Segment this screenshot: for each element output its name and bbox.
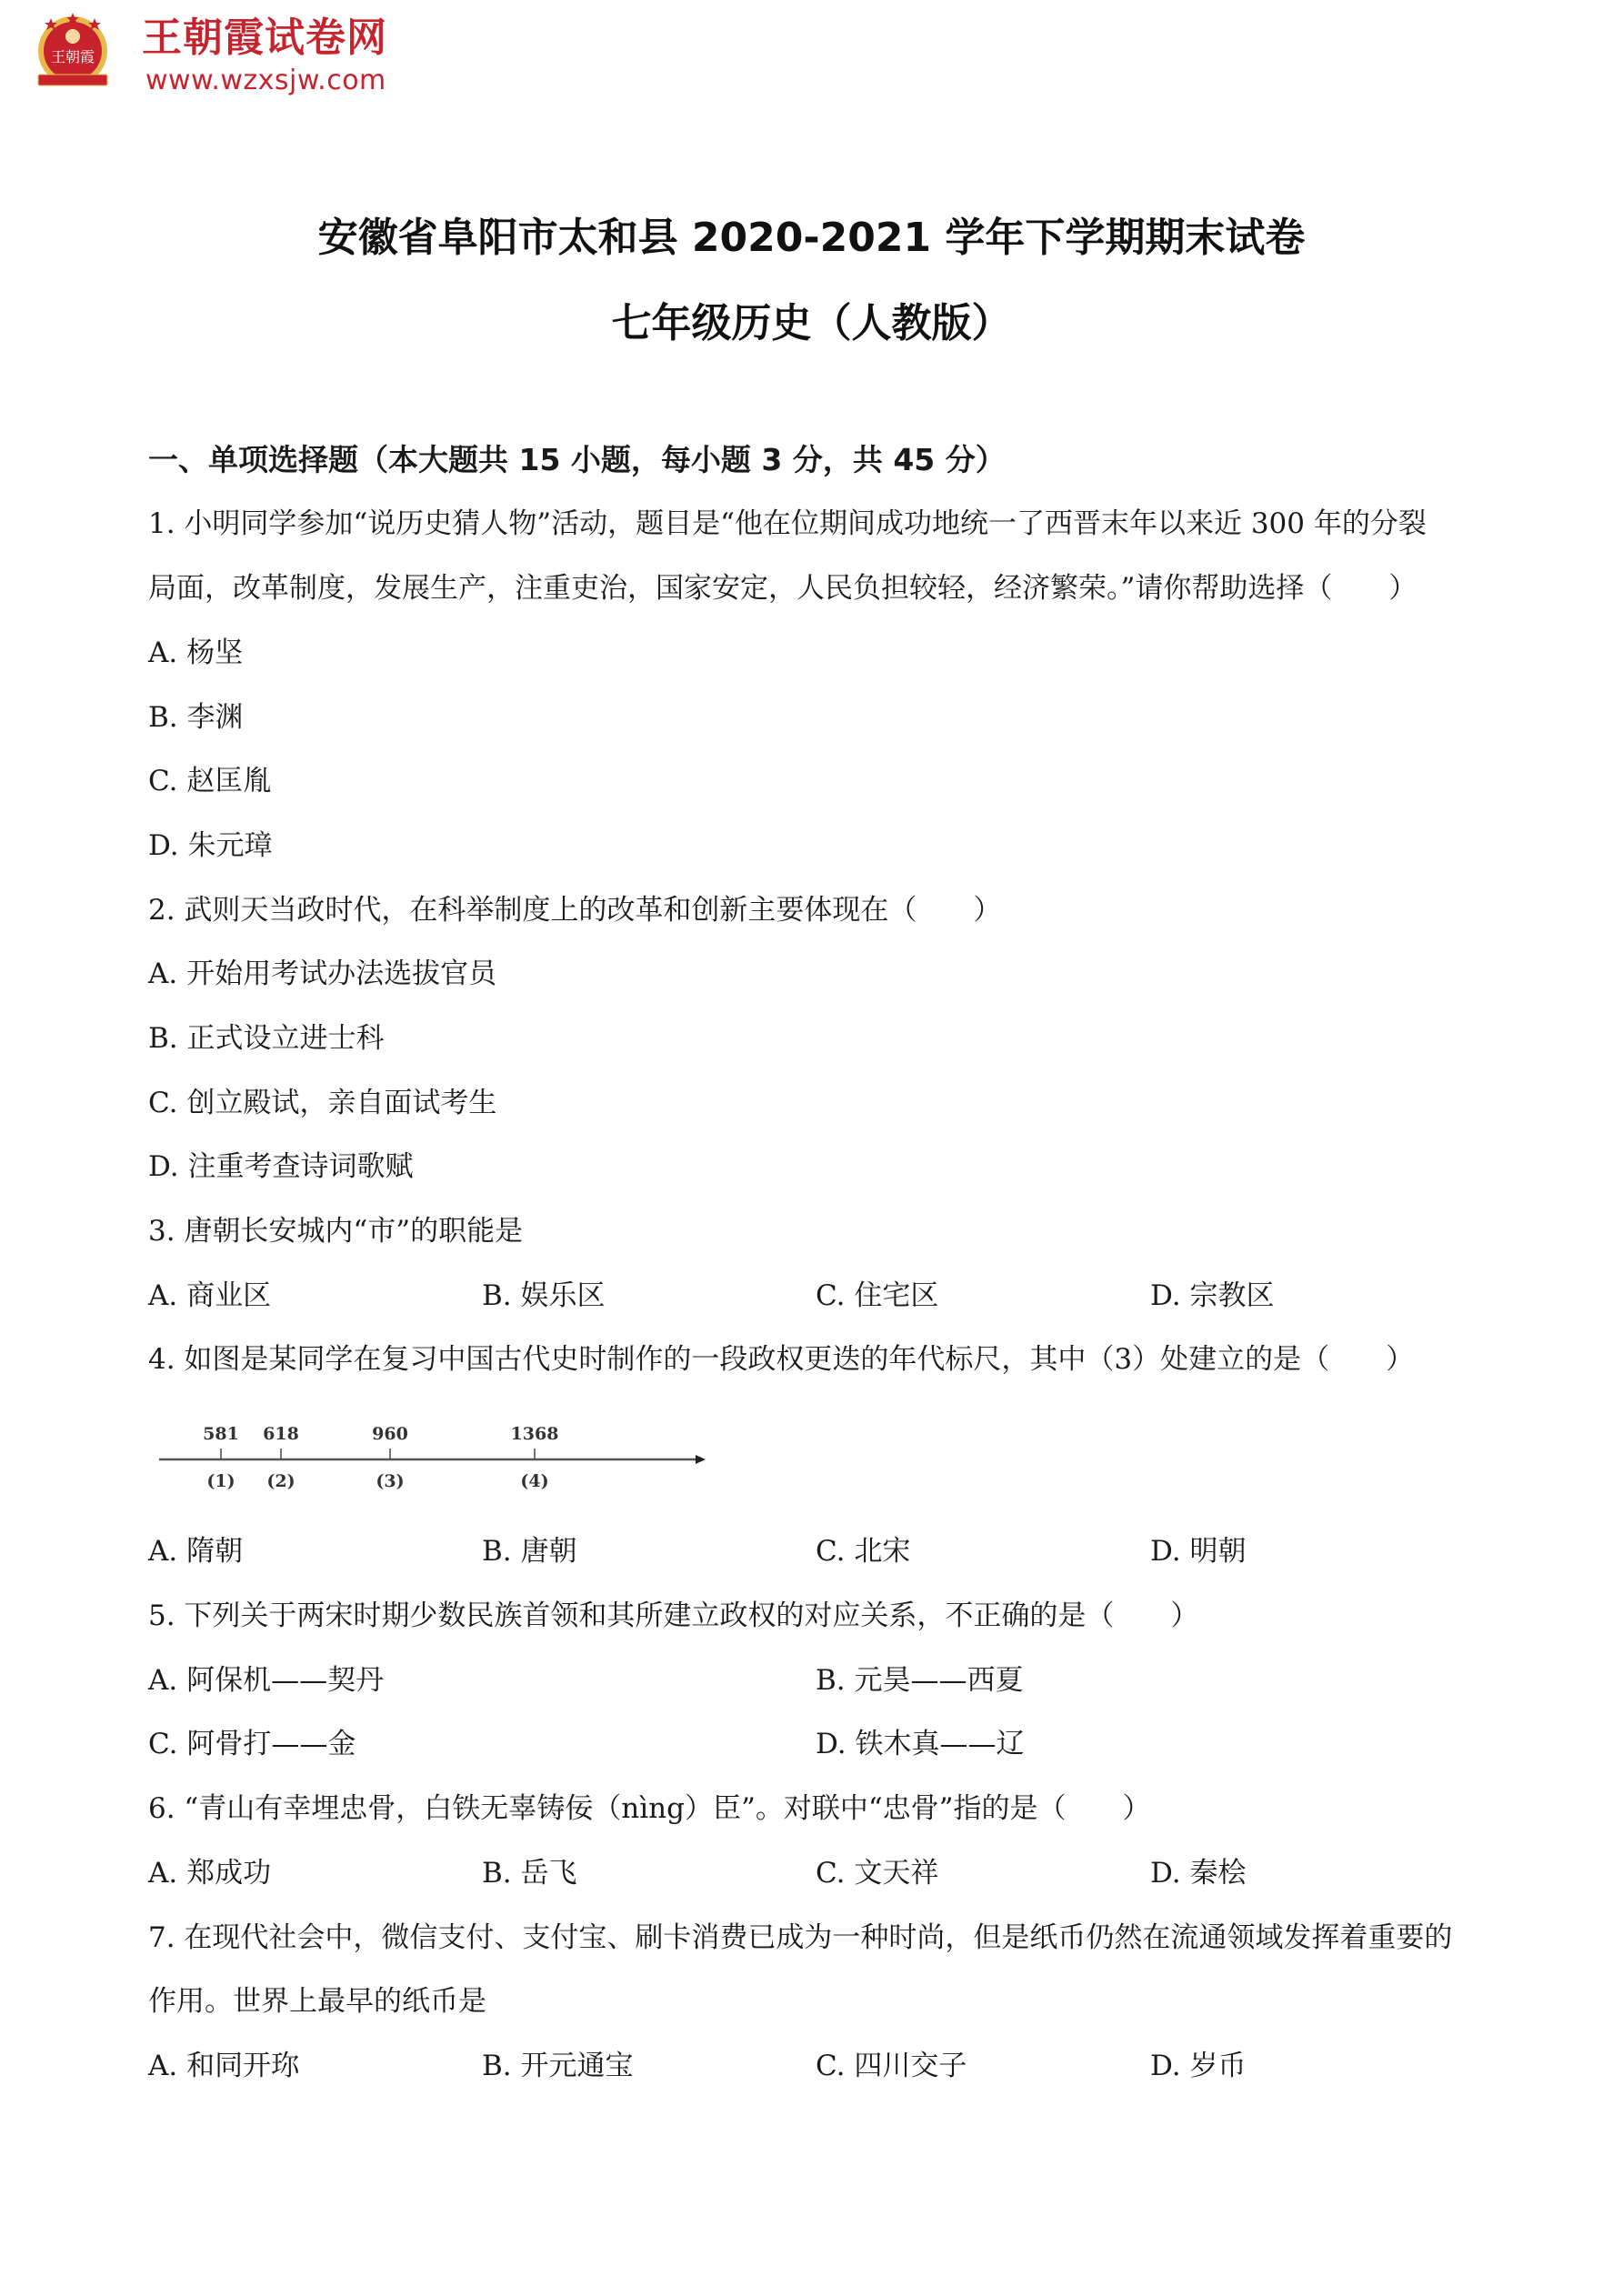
question-1-text-line-1: 1. 小明同学参加“说历史猜人物”活动，题目是“他在位期间成功地统一了西晋末年以… <box>148 506 1427 542</box>
question-4-option-c: C. 北宋 <box>816 1533 910 1569</box>
tick-year-4: 1368 <box>511 1424 559 1444</box>
question-6-text: 6. “青山有幸埋忠骨，白铁无辜铸佞（nìng）臣”。对联中“忠骨”指的是（ ） <box>148 1790 1151 1827</box>
tick-label-1: (1) <box>206 1471 235 1491</box>
question-7-option-b: B. 开元通宝 <box>482 2048 634 2084</box>
question-3-option-b: B. 娱乐区 <box>482 1278 606 1314</box>
question-5-text: 5. 下列关于两宋时期少数民族首领和其所建立政权的对应关系，不正确的是（ ） <box>148 1598 1198 1634</box>
question-6-option-c: C. 文天祥 <box>816 1855 938 1891</box>
question-3-option-d: D. 宗教区 <box>1150 1278 1274 1314</box>
tick-year-1: 581 <box>203 1424 239 1444</box>
question-4-option-a: A. 隋朝 <box>148 1533 243 1569</box>
question-4-option-b: B. 唐朝 <box>482 1533 577 1569</box>
question-2-text: 2. 武则天当政时代，在科举制度上的改革和创新主要体现在（ ） <box>148 892 1001 928</box>
brand-name: 王朝霞试卷网 <box>142 15 387 62</box>
question-1-option-d: D. 朱元璋 <box>148 827 272 864</box>
question-5-option-a: A. 阿保机——契丹 <box>148 1662 384 1699</box>
tick-label-3: (3) <box>376 1471 404 1491</box>
question-5-option-b: B. 元昊——西夏 <box>816 1662 1024 1699</box>
question-3-option-c: C. 住宅区 <box>816 1278 938 1314</box>
question-6-option-b: B. 岳飞 <box>482 1855 577 1891</box>
tick-label-2: (2) <box>266 1471 295 1491</box>
question-2-option-a: A. 开始用考试办法选拔官员 <box>148 956 496 992</box>
question-4-option-d: D. 明朝 <box>1150 1533 1246 1569</box>
question-3-text: 3. 唐朝长安城内“市”的职能是 <box>148 1213 523 1249</box>
question-2-option-b: B. 正式设立进士科 <box>148 1020 385 1057</box>
timeline-figure: 581 (1) 618 (2) 960 (3) 1368 (4) <box>155 1414 709 1496</box>
question-6-option-d: D. 秦桧 <box>1150 1855 1246 1891</box>
badge-icon: 王朝霞 <box>33 9 113 93</box>
question-3-option-a: A. 商业区 <box>148 1278 271 1314</box>
question-5-option-c: C. 阿骨打——金 <box>148 1726 356 1762</box>
question-1-text-line-2: 局面，改革制度，发展生产，注重吏治，国家安定，人民负担较轻，经济繁荣。”请你帮助… <box>148 570 1417 607</box>
section-heading: 一、单项选择题（本大题共 15 小题，每小题 3 分，共 45 分） <box>148 442 1006 478</box>
question-6-option-a: A. 郑成功 <box>148 1855 271 1891</box>
question-1-option-c: C. 赵匡胤 <box>148 763 271 799</box>
question-7-option-a: A. 和同开珎 <box>148 2048 299 2084</box>
svg-text:王朝霞: 王朝霞 <box>51 48 95 65</box>
arrow-icon <box>696 1455 706 1464</box>
site-logo[interactable]: 王朝霞 王朝霞试卷网 www.wzxsjw.com <box>25 5 407 100</box>
question-4-text: 4. 如图是某同学在复习中国古代史时制作的一段政权更迭的年代标尺，其中（3）处建… <box>148 1341 1414 1378</box>
tick-label-4: (4) <box>520 1471 548 1491</box>
question-2-option-c: C. 创立殿试，亲自面试考生 <box>148 1085 496 1121</box>
tick-year-3: 960 <box>372 1424 408 1444</box>
question-5-option-d: D. 铁木真——辽 <box>816 1726 1024 1762</box>
exam-subtitle: 七年级历史（人教版） <box>0 300 1623 347</box>
question-7-text-line-1: 7. 在现代社会中，微信支付、支付宝、刷卡消费已成为一种时尚，但是纸币仍然在流通… <box>148 1920 1452 1956</box>
question-7-option-d: D. 岁币 <box>1150 2048 1246 2084</box>
question-2-option-d: D. 注重考查诗词歌赋 <box>148 1148 413 1185</box>
question-7-text-line-2: 作用。世界上最早的纸币是 <box>148 1983 486 2020</box>
tick-year-2: 618 <box>263 1424 299 1444</box>
question-1-option-b: B. 李渊 <box>148 699 244 736</box>
brand-url[interactable]: www.wzxsjw.com <box>145 65 386 96</box>
exam-title: 安徽省阜阳市太和县 2020-2021 学年下学期期末试卷 <box>0 215 1623 262</box>
question-7-option-c: C. 四川交子 <box>816 2048 967 2084</box>
question-1-option-a: A. 杨坚 <box>148 635 243 671</box>
